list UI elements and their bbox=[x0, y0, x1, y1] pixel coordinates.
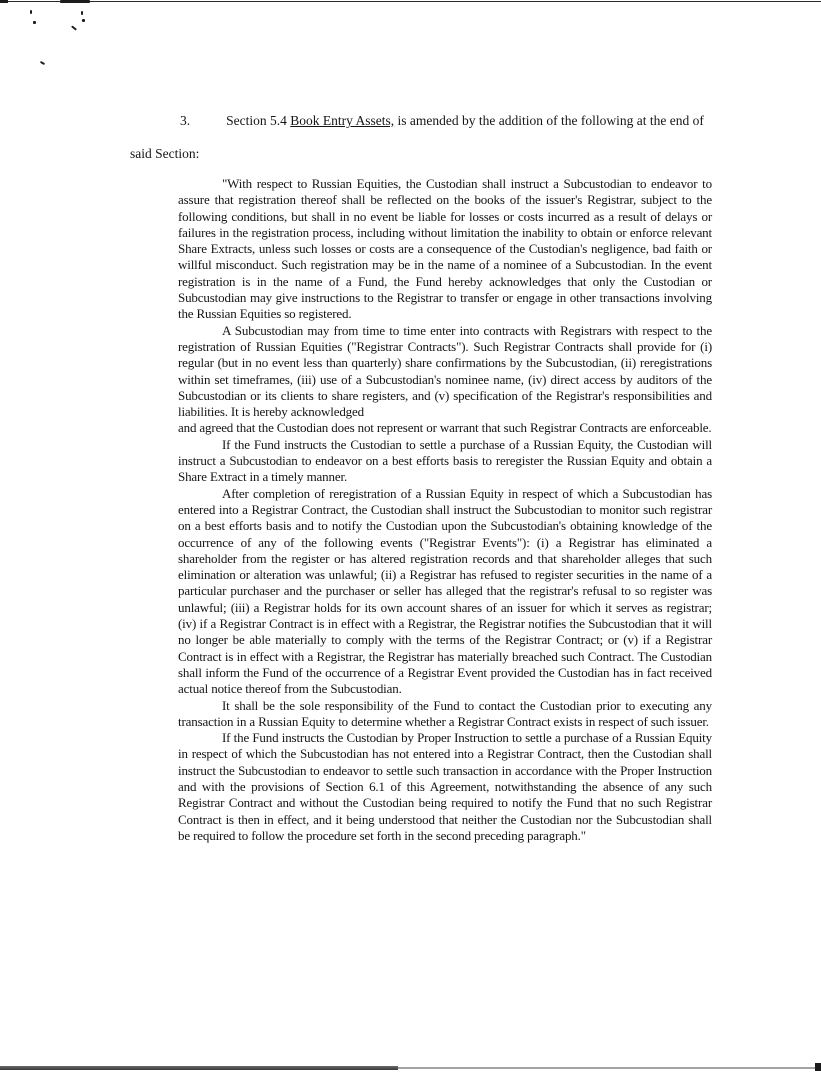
paragraph: It shall be the sole responsibility of t… bbox=[178, 698, 712, 731]
paragraph: and agreed that the Custodian does not r… bbox=[178, 420, 712, 436]
paragraph: If the Fund instructs the Custodian by P… bbox=[178, 730, 712, 844]
heading-underlined-title: Book Entry Assets, bbox=[290, 113, 394, 128]
ink-speck bbox=[33, 21, 36, 24]
ink-speck bbox=[82, 19, 85, 22]
amendment-body: "With respect to Russian Equities, the C… bbox=[178, 176, 712, 844]
scan-bottom-bar-light bbox=[398, 1067, 815, 1069]
scan-top-edge-line bbox=[0, 1, 821, 2]
paragraph: "With respect to Russian Equities, the C… bbox=[178, 176, 712, 323]
section-number: 3. bbox=[180, 113, 190, 128]
scan-bottom-bar-dark bbox=[0, 1066, 398, 1070]
scan-top-left-mark bbox=[0, 0, 8, 3]
ink-speck bbox=[40, 61, 45, 65]
heading-text-before: Section 5.4 bbox=[226, 113, 290, 128]
section-heading-line2: said Section: bbox=[130, 145, 730, 163]
paragraph: A Subcustodian may from time to time ent… bbox=[178, 323, 712, 421]
ink-speck bbox=[30, 10, 32, 14]
scan-top-edge-mark bbox=[60, 0, 90, 3]
heading-text-after: is amended by the addition of the follow… bbox=[394, 113, 704, 128]
section-heading-line1: 3.Section 5.4 Book Entry Assets, is amen… bbox=[130, 112, 730, 130]
ink-speck bbox=[71, 25, 77, 30]
scanned-document-page: 3.Section 5.4 Book Entry Assets, is amen… bbox=[0, 0, 821, 1072]
paragraph: If the Fund instructs the Custodian to s… bbox=[178, 437, 712, 486]
paragraph: After completion of reregistration of a … bbox=[178, 486, 712, 698]
ink-speck bbox=[81, 11, 83, 15]
scan-bottom-right-mark bbox=[815, 1063, 821, 1071]
section-heading: 3.Section 5.4 Book Entry Assets, is amen… bbox=[130, 112, 730, 163]
